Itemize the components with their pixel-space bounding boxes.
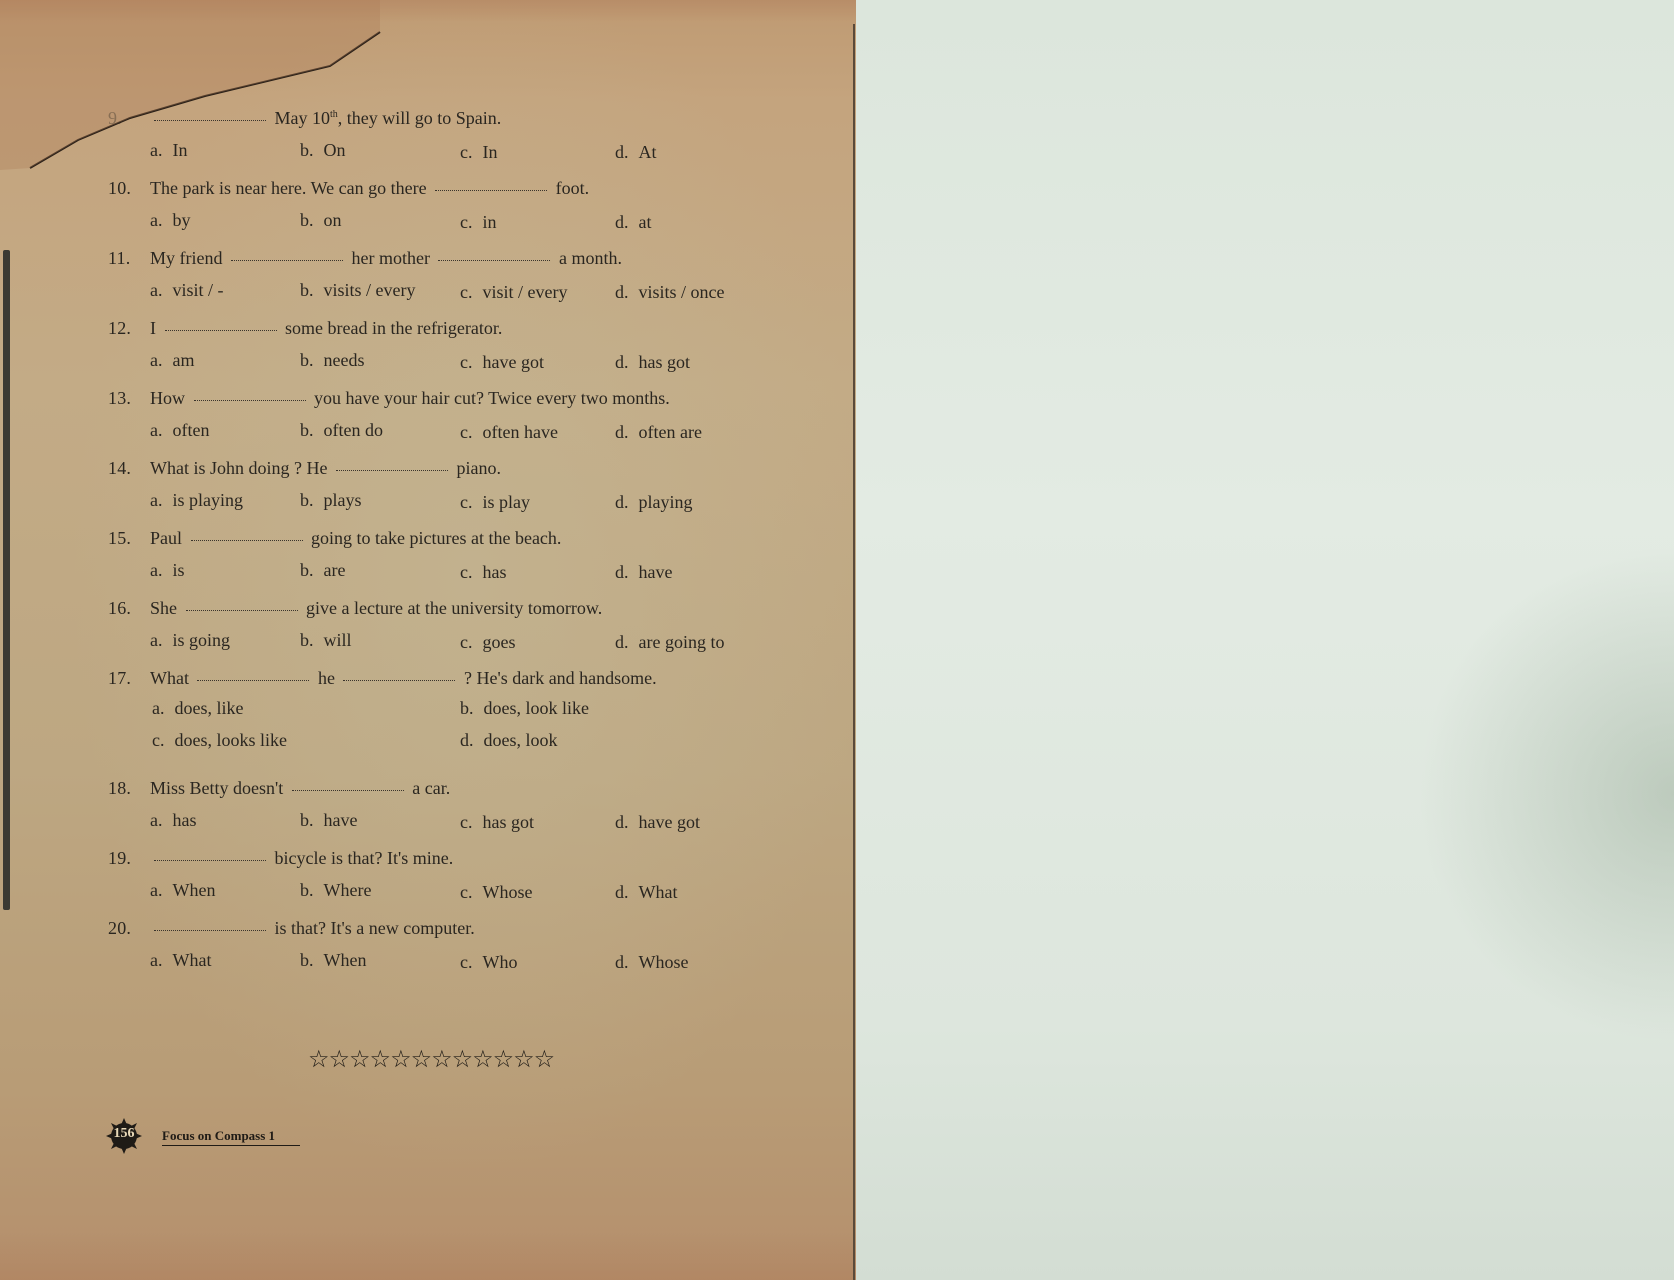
option-text: Whose [483, 882, 533, 902]
option-letter: c. [460, 212, 473, 232]
option-text: often have [483, 422, 558, 442]
answer-option-a[interactable]: a.does, like [152, 698, 244, 719]
option-text: visit / - [173, 280, 224, 300]
option-text: visits / every [324, 280, 416, 300]
answer-option-a[interactable]: a.am [150, 350, 195, 371]
answer-option-c[interactable]: c.in [460, 212, 497, 233]
answer-option-d[interactable]: d.does, look [460, 730, 558, 751]
question-stem: What is John doing ? He piano. [150, 458, 501, 479]
question-text-fragment: How [150, 388, 190, 408]
question-stem: is that? It's a new computer. [150, 918, 475, 939]
option-letter: c. [460, 632, 473, 652]
question-stem: How you have your hair cut? Twice every … [150, 388, 670, 409]
question-text-fragment: is that? It's a new computer. [270, 918, 475, 938]
option-letter: c. [460, 492, 473, 512]
question-text-fragment: , they will go to Spain. [338, 108, 502, 128]
question-text-fragment: What is John doing ? He [150, 458, 332, 478]
question-number: 15. [108, 528, 131, 549]
option-letter: d. [615, 352, 629, 372]
question-text-fragment: My friend [150, 248, 227, 268]
answer-option-b[interactable]: b.When [300, 950, 366, 971]
page-number: 156 [106, 1126, 142, 1142]
option-text: in [483, 212, 497, 232]
question-text-fragment: a month. [554, 248, 622, 268]
question-text-fragment: you have your hair cut? Twice every two … [310, 388, 670, 408]
question-text-fragment: some bread in the refrigerator. [281, 318, 503, 338]
answer-option-b[interactable]: b.plays [300, 490, 362, 511]
question-stem: My friend her mother a month. [150, 248, 622, 269]
question-text-fragment: bicycle is that? It's mine. [270, 848, 453, 868]
option-text: is [173, 560, 185, 580]
option-text: have got [639, 812, 700, 832]
question-stem: The park is near here. We can go there f… [150, 178, 589, 199]
answer-blank[interactable] [435, 189, 547, 191]
question-text-fragment: ? He's dark and handsome. [459, 668, 656, 688]
right-page-blank [856, 0, 1674, 1280]
question-stem: Miss Betty doesn't a car. [150, 778, 450, 799]
option-text: on [324, 210, 342, 230]
option-letter: b. [300, 420, 314, 440]
option-letter: a. [150, 490, 163, 510]
answer-option-d[interactable]: d.has got [615, 352, 690, 373]
option-letter: b. [300, 630, 314, 650]
option-letter: c. [460, 422, 473, 442]
question-text-fragment: I [150, 318, 161, 338]
answer-option-a[interactable]: a.is playing [150, 490, 243, 511]
answer-option-c[interactable]: c.does, looks like [152, 730, 287, 751]
answer-blank[interactable] [191, 539, 303, 541]
option-letter: d. [615, 562, 629, 582]
question-text-fragment: Miss Betty doesn't [150, 778, 288, 798]
question-text-fragment: going to take pictures at the beach. [307, 528, 562, 548]
page-edge [853, 24, 855, 1280]
question-text-fragment: Paul [150, 528, 187, 548]
option-letter: d. [615, 212, 629, 232]
answer-option-a[interactable]: a.What [150, 950, 211, 971]
option-text: often do [324, 420, 383, 440]
left-page: 9. May 10th, they will go to Spain.a.Inb… [0, 0, 856, 1280]
answer-blank[interactable] [336, 469, 448, 471]
option-letter: c. [152, 730, 165, 750]
answer-option-c[interactable]: c.is play [460, 492, 530, 513]
answer-option-c[interactable]: c.have got [460, 352, 544, 373]
option-letter: d. [615, 422, 629, 442]
option-letter: d. [460, 730, 474, 750]
option-letter: a. [150, 810, 163, 830]
option-text: have [324, 810, 358, 830]
answer-option-a[interactable]: a.is [150, 560, 185, 581]
answer-option-a[interactable]: a.In [150, 140, 188, 161]
option-letter: a. [150, 880, 163, 900]
option-letter: b. [300, 140, 314, 160]
option-text: am [173, 350, 195, 370]
answer-option-b[interactable]: b.On [300, 140, 346, 161]
option-letter: c. [460, 352, 473, 372]
ordinal-suffix: th [330, 109, 338, 120]
option-text: is going [173, 630, 231, 650]
option-letter: d. [615, 952, 629, 972]
option-letter: c. [460, 882, 473, 902]
answer-option-c[interactable]: c.Who [460, 952, 518, 973]
option-text: is play [483, 492, 531, 512]
option-letter: c. [460, 562, 473, 582]
option-letter: a. [150, 140, 163, 160]
option-text: visits / once [639, 282, 725, 302]
section-end-stars: ☆☆☆☆☆☆☆☆☆☆☆☆ [308, 1045, 554, 1073]
answer-blank[interactable] [343, 679, 455, 681]
question-text-fragment: her mother [347, 248, 434, 268]
option-text: What [639, 882, 678, 902]
option-letter: b. [300, 210, 314, 230]
option-text: goes [483, 632, 516, 652]
answer-blank[interactable] [154, 859, 266, 861]
option-letter: b. [300, 280, 314, 300]
option-text: does, looks like [175, 730, 288, 750]
question-text-fragment: What [150, 668, 193, 688]
question-text-fragment: he [313, 668, 339, 688]
question-stem: I some bread in the refrigerator. [150, 318, 502, 339]
question-number: 12. [108, 318, 131, 339]
option-letter: d. [615, 282, 629, 302]
option-text: What [173, 950, 212, 970]
question-stem: May 10th, they will go to Spain. [150, 108, 501, 129]
answer-option-d[interactable]: d.are going to [615, 632, 724, 653]
option-text: often are [639, 422, 702, 442]
question-number: 9. [108, 108, 122, 129]
question-number: 14. [108, 458, 131, 479]
option-text: When [173, 880, 216, 900]
option-letter: d. [615, 882, 629, 902]
option-letter: b. [300, 560, 314, 580]
option-text: does, look [484, 730, 558, 750]
option-letter: a. [150, 210, 163, 230]
option-letter: d. [615, 142, 629, 162]
answer-option-d[interactable]: d.What [615, 882, 677, 903]
option-letter: b. [300, 950, 314, 970]
answer-option-b[interactable]: b.needs [300, 350, 364, 371]
answer-option-a[interactable]: a.by [150, 210, 191, 231]
question-number: 16. [108, 598, 131, 619]
question-text-fragment: a car. [408, 778, 450, 798]
answer-blank[interactable] [154, 929, 266, 931]
option-letter: b. [300, 810, 314, 830]
option-text: by [173, 210, 191, 230]
option-letter: c. [460, 952, 473, 972]
answer-option-c[interactable]: c.Whose [460, 882, 532, 903]
question-stem: What he ? He's dark and handsome. [150, 668, 657, 689]
answer-option-d[interactable]: d.Whose [615, 952, 688, 973]
question-number: 10. [108, 178, 131, 199]
answer-option-b[interactable]: b.on [300, 210, 342, 231]
answer-option-c[interactable]: c.In [460, 142, 498, 163]
option-letter: c. [460, 142, 473, 162]
answer-option-b[interactable]: b.will [300, 630, 352, 651]
question-text-fragment: May 10 [270, 108, 330, 128]
question-text-fragment: piano. [452, 458, 501, 478]
option-letter: a. [150, 350, 163, 370]
option-text: visit / every [483, 282, 568, 302]
answer-blank[interactable] [197, 679, 309, 681]
answer-option-b[interactable]: b.visits / every [300, 280, 416, 301]
answer-option-c[interactable]: c.often have [460, 422, 558, 443]
answer-option-b[interactable]: b.are [300, 560, 345, 581]
option-letter: a. [152, 698, 165, 718]
answer-option-a[interactable]: a.When [150, 880, 215, 901]
option-text: does, like [175, 698, 244, 718]
option-letter: a. [150, 630, 163, 650]
option-text: needs [324, 350, 365, 370]
option-letter: b. [300, 350, 314, 370]
option-text: plays [324, 490, 362, 510]
option-letter: a. [150, 420, 163, 440]
option-letter: d. [615, 812, 629, 832]
question-number: 17. [108, 668, 131, 689]
option-text: often [173, 420, 210, 440]
answer-option-a[interactable]: a.often [150, 420, 209, 441]
question-number: 19. [108, 848, 131, 869]
answer-option-c[interactable]: c.goes [460, 632, 516, 653]
question-text-fragment: foot. [551, 178, 589, 198]
answer-blank[interactable] [154, 119, 266, 121]
question-stem: Paul going to take pictures at the beach… [150, 528, 561, 549]
answer-option-a[interactable]: a.has [150, 810, 197, 831]
option-letter: a. [150, 560, 163, 580]
option-text: playing [639, 492, 693, 512]
option-text: Where [324, 880, 372, 900]
answer-option-c[interactable]: c.has [460, 562, 507, 583]
option-text: Who [483, 952, 518, 972]
answer-option-d[interactable]: d.visits / once [615, 282, 725, 303]
option-text: In [173, 140, 188, 160]
option-text: has [173, 810, 197, 830]
option-text: At [639, 142, 657, 162]
option-text: are [324, 560, 346, 580]
answer-option-d[interactable]: d.At [615, 142, 657, 163]
answer-option-d[interactable]: d.at [615, 212, 652, 233]
option-text: are going to [639, 632, 725, 652]
option-letter: b. [300, 490, 314, 510]
option-text: has got [483, 812, 535, 832]
answer-blank[interactable] [186, 609, 298, 611]
option-letter: c. [460, 282, 473, 302]
question-number: 11. [108, 248, 130, 269]
answer-blank[interactable] [165, 329, 277, 331]
answer-option-d[interactable]: d.have [615, 562, 672, 583]
answer-option-c[interactable]: c.visit / every [460, 282, 567, 303]
book-title: Focus on Compass 1 [162, 1128, 300, 1146]
option-letter: d. [615, 632, 629, 652]
binding-strip [3, 250, 10, 910]
answer-option-d[interactable]: d.playing [615, 492, 693, 513]
option-letter: c. [460, 812, 473, 832]
option-text: On [324, 140, 346, 160]
answer-option-d[interactable]: d.have got [615, 812, 700, 833]
question-text-fragment: give a lecture at the university tomorro… [302, 598, 603, 618]
answer-option-b[interactable]: b.have [300, 810, 357, 831]
question-text-fragment: The park is near here. We can go there [150, 178, 431, 198]
answer-blank[interactable] [292, 789, 404, 791]
option-letter: a. [150, 280, 163, 300]
option-text: at [639, 212, 652, 232]
question-number: 18. [108, 778, 131, 799]
option-text: have got [483, 352, 544, 372]
option-text: When [324, 950, 367, 970]
option-text: Whose [639, 952, 689, 972]
question-stem: bicycle is that? It's mine. [150, 848, 453, 869]
option-text: has [483, 562, 507, 582]
option-text: does, look like [484, 698, 590, 718]
option-letter: a. [150, 950, 163, 970]
answer-option-b[interactable]: b.Where [300, 880, 371, 901]
answer-option-a[interactable]: a.is going [150, 630, 230, 651]
answer-blank[interactable] [438, 259, 550, 261]
answer-option-d[interactable]: d.often are [615, 422, 702, 443]
answer-option-c[interactable]: c.has got [460, 812, 534, 833]
answer-blank[interactable] [194, 399, 306, 401]
page-top-shadow [0, 0, 856, 22]
answer-option-a[interactable]: a.visit / - [150, 280, 224, 301]
option-text: is playing [173, 490, 244, 510]
option-letter: b. [300, 880, 314, 900]
question-number: 20. [108, 918, 131, 939]
option-text: have [639, 562, 673, 582]
question-stem: She give a lecture at the university tom… [150, 598, 602, 619]
option-text: will [324, 630, 352, 650]
option-letter: b. [460, 698, 474, 718]
answer-option-b[interactable]: b.does, look like [460, 698, 589, 719]
answer-blank[interactable] [231, 259, 343, 261]
answer-option-b[interactable]: b.often do [300, 420, 383, 441]
option-text: has got [639, 352, 691, 372]
question-text-fragment: She [150, 598, 182, 618]
option-text: In [483, 142, 498, 162]
option-letter: d. [615, 492, 629, 512]
question-number: 13. [108, 388, 131, 409]
